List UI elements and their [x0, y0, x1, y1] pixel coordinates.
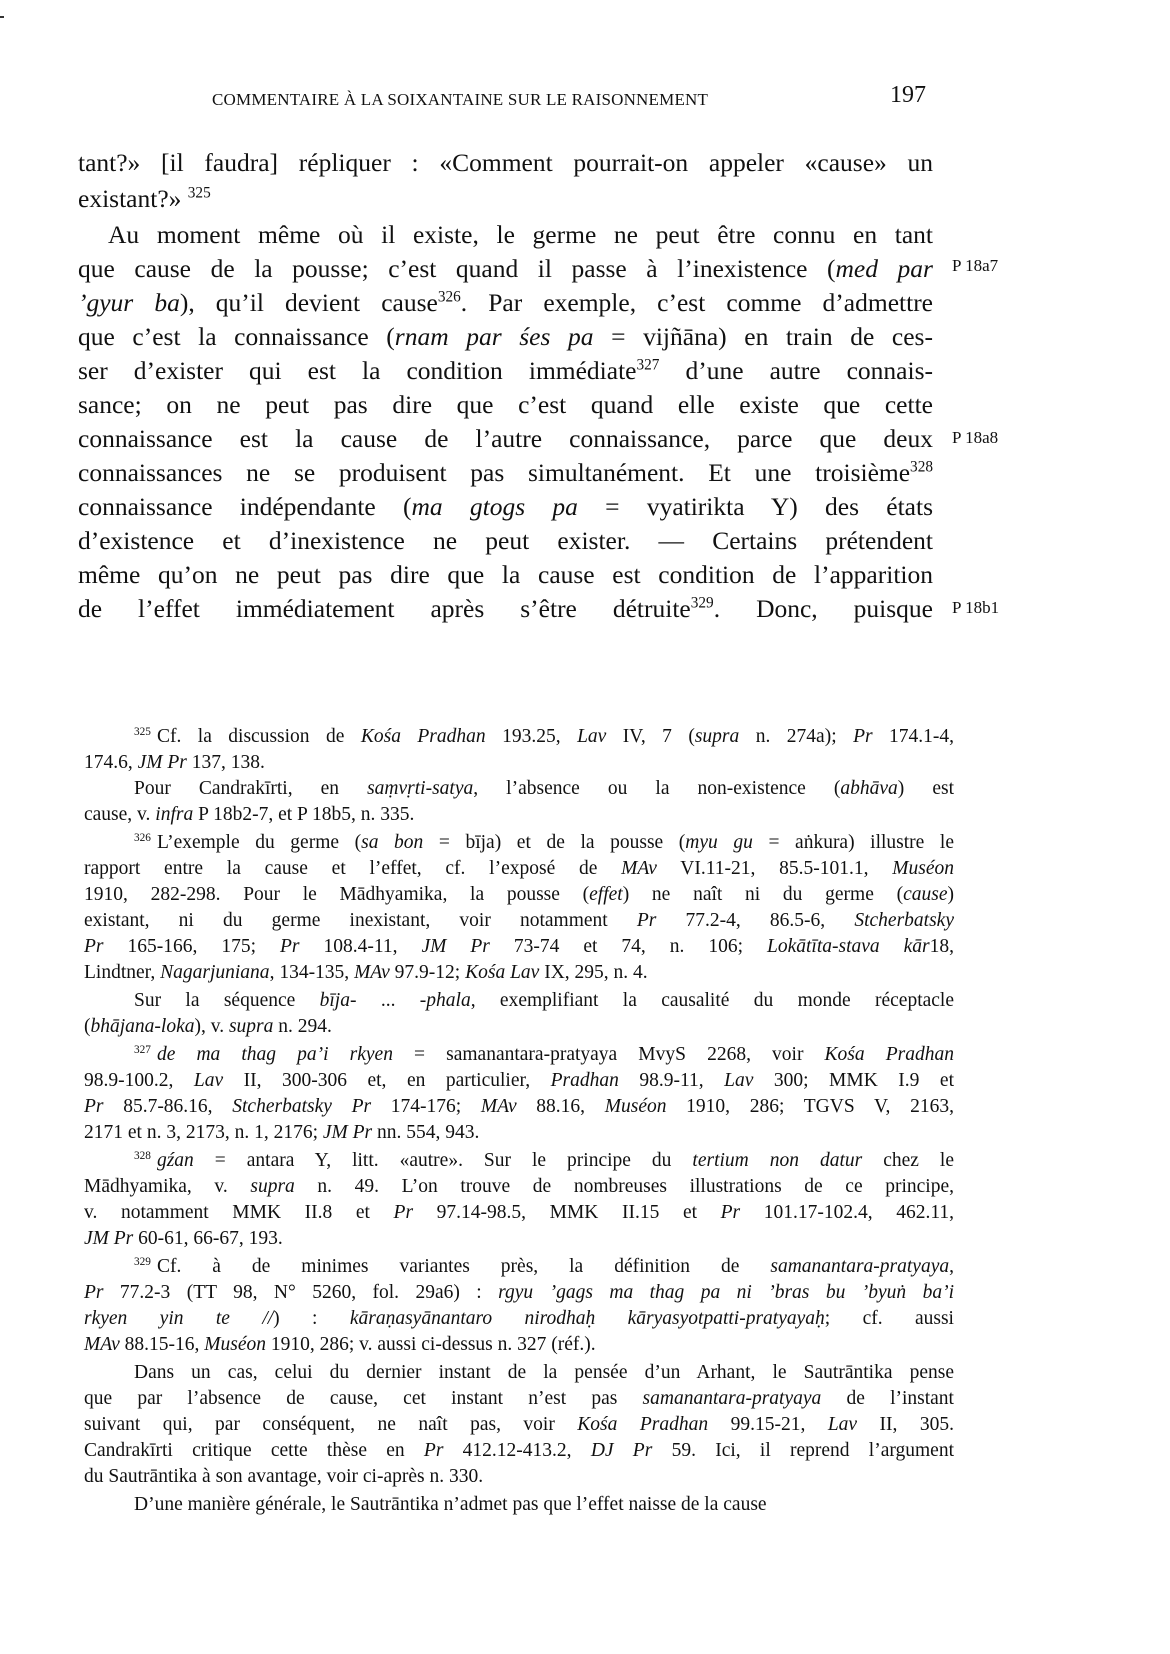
italic-term: Pr [721, 1202, 741, 1223]
text-run: ), qu’il devient cause [180, 288, 438, 317]
footnote-number: 327 [134, 1044, 151, 1056]
italic-term: Kośa Pradhan [825, 1044, 954, 1065]
text-run: 73-74 et 74, n. 106; [490, 936, 767, 957]
italic-term: gźan [157, 1150, 194, 1171]
italic-term: abhāva [840, 778, 897, 799]
text-run: 137, 138. [187, 752, 265, 773]
italic-term: Stcherbatsky [854, 910, 954, 931]
body-text-line: ’gyur ba), qu’il devient cause326. Par e… [78, 288, 933, 318]
text-run: , l’absence ou la non-existence ( [473, 778, 840, 799]
footnote-number: 326 [134, 832, 151, 844]
text-run: ) est [898, 778, 954, 799]
footnote-line: Pr 77.2-3 (TT 98, N° 5260, fol. 29a6) : … [84, 1282, 954, 1304]
italic-term: supra [695, 726, 739, 747]
text-run: du Sautrāntika à son avantage, voir ci-a… [84, 1466, 483, 1487]
footnote-line: Pour Candrakīrti, en saṃvṛti-satya, l’ab… [84, 778, 954, 800]
text-run: = vyatirikta Y) des états [578, 492, 933, 521]
footnote-reference: 325 [188, 185, 211, 202]
italic-term: Pr [853, 726, 873, 747]
footnote-line: du Sautrāntika à son avantage, voir ci-a… [84, 1466, 954, 1488]
body-text-line: de l’effet immédiatement après s’être dé… [78, 594, 933, 624]
text-run: tant?» [il faudra] répliquer : «Comment … [78, 148, 933, 177]
footnote-line: JM Pr 60-61, 66-67, 193. [84, 1228, 954, 1250]
text-run: Candrakīrti critique cette thèse en [84, 1440, 424, 1461]
italic-term: samanantara-pratyaya [770, 1256, 949, 1277]
footnote-reference: 328 [910, 459, 933, 476]
footnote-line: rapport entre la cause et l’effet, cf. l… [84, 858, 954, 880]
footnote-line: 329Cf. à de minimes variantes près, la d… [84, 1256, 954, 1278]
text-run: 174.6, [84, 752, 138, 773]
footnote-number: 329 [134, 1256, 151, 1268]
text-run: , 134-135, [270, 962, 355, 983]
text-run: . Donc, puisque [714, 594, 933, 623]
running-header-title: COMMENTAIRE À LA SOIXANTAINE SUR LE RAIS… [212, 90, 708, 110]
italic-term: MAv [481, 1096, 517, 1117]
italic-term: Stcherbatsky Pr [232, 1096, 371, 1117]
text-run: = vijñāna) en train de ces- [594, 322, 933, 351]
page-number: 197 [890, 82, 926, 109]
text-run: 174-176; [371, 1096, 481, 1117]
footnote-line: Sur la séquence bīja- ... -phala, exempl… [84, 990, 954, 1012]
italic-term: -phala [420, 990, 471, 1011]
text-run: n. 49. L’on trouve de nombreuses illustr… [295, 1176, 954, 1197]
italic-term: sa bon [361, 832, 423, 853]
text-run: v. notamment MMK II.8 et [84, 1202, 394, 1223]
text-run: de l’instant [821, 1388, 954, 1409]
text-run: que cause de la pousse; c’est quand il p… [78, 254, 836, 283]
footnote-line: MAv 88.15-16, Muséon 1910, 286; v. aussi… [84, 1334, 954, 1356]
italic-term: supra [229, 1016, 273, 1037]
italic-term: Muséon [892, 858, 954, 879]
text-run: 193.25, [486, 726, 577, 747]
footnote-line: v. notamment MMK II.8 et Pr 97.14-98.5, … [84, 1202, 954, 1224]
text-run: Lindtner, [84, 962, 160, 983]
body-text-line: connaissance indépendante (ma gtogs pa =… [78, 492, 933, 522]
text-run: 88.15-16, [120, 1334, 205, 1355]
italic-term: kāraṇasyānantaro nirodhaḥ kāryasyotpatti… [350, 1308, 825, 1329]
italic-term: Lokātīta-stava kār [767, 936, 930, 957]
text-run: 98.9-11, [619, 1070, 724, 1091]
text-run: existant?» [78, 184, 188, 213]
footnote-line: que par l’absence de cause, cet instant … [84, 1388, 954, 1410]
italic-term: de ma thag pa’i rkyen [157, 1044, 393, 1065]
italic-term: Kośa Pradhan [361, 726, 486, 747]
text-run: ) ne naît ni du germe ( [623, 884, 903, 905]
italic-term: samanantara-pratyaya [643, 1388, 822, 1409]
italic-term: Muséon [204, 1334, 266, 1355]
text-run: 2171 et n. 3, 2173, n. 1, 2176; [84, 1122, 323, 1143]
italic-term: infra [155, 804, 193, 825]
text-run: 60-61, 66-67, 193. [133, 1228, 283, 1249]
italic-term: rgyu ’gags ma thag pa ni ’bras bu ’byuṅ … [498, 1282, 954, 1303]
text-run: ) [948, 884, 955, 905]
italic-term: ma gtogs pa [411, 492, 577, 521]
margin-folio-reference: P 18a7 [952, 256, 998, 276]
text-run: 88.16, [517, 1096, 605, 1117]
italic-term: effet [589, 884, 623, 905]
body-text-line: existant?» 325 [78, 184, 933, 214]
text-run: 85.7-86.16, [104, 1096, 233, 1117]
italic-term: med par [836, 254, 933, 283]
italic-term: Pr [394, 1202, 414, 1223]
text-run: = aṅkura) illustre le [753, 832, 954, 853]
margin-folio-reference: P 18b1 [952, 598, 999, 618]
text-run: même qu’on ne peut pas dire que la cause… [78, 560, 933, 589]
body-text-line: tant?» [il faudra] répliquer : «Comment … [78, 148, 933, 178]
text-run: VI.11-21, 85.5-101.1, [657, 858, 892, 879]
italic-term: Pr [84, 1282, 104, 1303]
text-run: L’exemple du germe ( [157, 832, 361, 853]
text-run: 108.4-11, [299, 936, 421, 957]
footnote-line: Pr 85.7-86.16, Stcherbatsky Pr 174-176; … [84, 1096, 954, 1118]
italic-term: Pr [84, 1096, 104, 1117]
italic-term: tertium non datur [692, 1150, 862, 1171]
text-run: Mādhyamika, v. [84, 1176, 250, 1197]
text-run: connaissance est la cause de l’autre con… [78, 424, 933, 453]
footnote-line: 325Cf. la discussion de Kośa Pradhan 193… [84, 726, 954, 748]
italic-term: DJ Pr [591, 1440, 653, 1461]
text-run: sance; on ne peut pas dire que c’est qua… [78, 390, 933, 419]
italic-term: bhājana-loka [91, 1016, 195, 1037]
text-run: Au moment même où il existe, le germe ne… [108, 220, 933, 249]
text-run: d’existence et d’inexistence ne peut exi… [78, 526, 933, 555]
text-run: Pour Candrakīrti, en [134, 778, 367, 799]
margin-folio-reference: P 18a8 [952, 428, 998, 448]
text-run: 18, [930, 936, 954, 957]
footnote-number: 325 [134, 726, 151, 738]
text-run: P 18b2-7, et P 18b5, n. 335. [193, 804, 414, 825]
text-run: Cf. à de minimes variantes près, la défi… [157, 1256, 770, 1277]
text-run: 1910, 282-298. Pour le Mādhyamika, la po… [84, 884, 589, 905]
footnote-line: 328gźan = antara Y, litt. «autre». Sur l… [84, 1150, 954, 1172]
italic-term: Nagarjuniana [160, 962, 269, 983]
footnote-line: cause, v. infra P 18b2-7, et P 18b5, n. … [84, 804, 954, 826]
footnote-line: (bhājana-loka), v. supra n. 294. [84, 1016, 954, 1038]
footnote-line: 174.6, JM Pr 137, 138. [84, 752, 954, 774]
text-run: 174.1-4, [873, 726, 954, 747]
text-run: 77.2-3 (TT 98, N° 5260, fol. 29a6) : [104, 1282, 499, 1303]
footnote-line: 98.9-100.2, Lav II, 300-306 et, en parti… [84, 1070, 954, 1092]
footnote-line: 1910, 282-298. Pour le Mādhyamika, la po… [84, 884, 954, 906]
text-run: 59. Ici, il reprend l’argument [652, 1440, 954, 1461]
footnote-line: D’une manière générale, le Sautrāntika n… [84, 1494, 954, 1516]
italic-term: cause [903, 884, 947, 905]
text-run: n. 274a); [739, 726, 853, 747]
text-run: n. 294. [273, 1016, 332, 1037]
footnote-line: existant, ni du germe inexistant, voir n… [84, 910, 954, 932]
italic-term: Pr [280, 936, 300, 957]
text-run: nn. 554, 943. [372, 1122, 479, 1143]
italic-term: Pr [84, 936, 104, 957]
text-run: IV, 7 ( [606, 726, 695, 747]
text-run: que c’est la connaissance ( [78, 322, 395, 351]
text-run: rapport entre la cause et l’effet, cf. l… [84, 858, 621, 879]
italic-term: JM Pr [138, 752, 187, 773]
italic-term: Pr [424, 1440, 444, 1461]
text-run: Cf. la discussion de [157, 726, 361, 747]
body-text-line: connaissance est la cause de l’autre con… [78, 424, 933, 454]
text-run: connaissances ne se produisent pas simul… [78, 458, 910, 487]
italic-term: supra [250, 1176, 294, 1197]
footnote-reference: 329 [691, 595, 714, 612]
italic-term: MAv [84, 1334, 120, 1355]
body-text-line: même qu’on ne peut pas dire que la cause… [78, 560, 933, 590]
footnote-reference: 327 [636, 357, 659, 374]
text-run: IX, 295, n. 4. [539, 962, 647, 983]
text-run: , [949, 1256, 954, 1277]
italic-term: myu gu [685, 832, 753, 853]
italic-term: bīja- [320, 990, 357, 1011]
italic-term: JM Pr [84, 1228, 133, 1249]
text-run: 98.9-100.2, [84, 1070, 194, 1091]
body-text-line: Au moment même où il existe, le germe ne… [78, 220, 933, 250]
italic-term: MAv [354, 962, 390, 983]
text-run: 1910, 286; TGVS V, 2163, [666, 1096, 954, 1117]
italic-term: Lav [724, 1070, 753, 1091]
body-text-line: connaissances ne se produisent pas simul… [78, 458, 933, 488]
text-run: ser d’exister qui est la condition imméd… [78, 356, 636, 385]
text-run: ), v. [194, 1016, 228, 1037]
text-run: d’une autre connais- [659, 356, 933, 385]
text-run: 101.17-102.4, 462.11, [740, 1202, 954, 1223]
italic-term: MAv [621, 858, 657, 879]
text-run: II, 305. [857, 1414, 954, 1435]
text-run: existant, ni du germe inexistant, voir n… [84, 910, 637, 931]
italic-term: rnam par śes pa [395, 322, 594, 351]
italic-term: Pradhan [551, 1070, 619, 1091]
scan-mark [0, 16, 4, 18]
text-run: 412.12-413.2, [443, 1440, 590, 1461]
body-text-line: que cause de la pousse; c’est quand il p… [78, 254, 933, 284]
text-run: ; cf. aussi [825, 1308, 954, 1329]
italic-term: saṃvṛti-satya [367, 778, 473, 799]
footnote-line: 327de ma thag pa’i rkyen = samanantara-p… [84, 1044, 954, 1066]
italic-term: JM Pr [323, 1122, 372, 1143]
text-run: = antara Y, litt. «autre». Sur le princi… [194, 1150, 693, 1171]
text-run: 1910, 286; v. aussi ci-dessus n. 327 (ré… [266, 1334, 596, 1355]
text-run: connaissance indépendante ( [78, 492, 411, 521]
footnote-number: 328 [134, 1150, 151, 1162]
text-run: . Par exemple, c’est comme d’admettre [461, 288, 933, 317]
text-run: , exemplifiant la causalité du monde réc… [471, 990, 954, 1011]
italic-term: Muséon [605, 1096, 667, 1117]
text-run: ... [356, 990, 419, 1011]
italic-term: Kośa Lav [465, 962, 539, 983]
footnote-line: Pr 165-166, 175; Pr 108.4-11, JM Pr 73-7… [84, 936, 954, 958]
text-run: de l’effet immédiatement après s’être dé… [78, 594, 691, 623]
footnote-line: Lindtner, Nagarjuniana, 134-135, MAv 97.… [84, 962, 954, 984]
italic-term: Pr [637, 910, 657, 931]
text-run: 99.15-21, [708, 1414, 828, 1435]
text-run: = bīja) et de la pousse ( [423, 832, 685, 853]
footnote-line: Dans un cas, celui du dernier instant de… [84, 1362, 954, 1384]
text-run: 97.14-98.5, MMK II.15 et [413, 1202, 721, 1223]
document-page: COMMENTAIRE À LA SOIXANTAINE SUR LE RAIS… [0, 0, 1170, 1654]
footnote-line: 2171 et n. 3, 2173, n. 1, 2176; JM Pr nn… [84, 1122, 954, 1144]
footnote-line: suivant qui, par conséquent, ne naît pas… [84, 1414, 954, 1436]
text-run: chez le [862, 1150, 954, 1171]
italic-term: Kośa Pradhan [577, 1414, 708, 1435]
text-run: que par l’absence de cause, cet instant … [84, 1388, 643, 1409]
text-run: Sur la séquence [134, 990, 320, 1011]
footnote-line: rkyen yin te //) : kāraṇasyānantaro niro… [84, 1308, 954, 1330]
text-run: = samanantara-pratyaya MvyS 2268, voir [393, 1044, 825, 1065]
text-run: 300; MMK I.9 et [753, 1070, 954, 1091]
text-run: suivant qui, par conséquent, ne naît pas… [84, 1414, 577, 1435]
body-text-line: sance; on ne peut pas dire que c’est qua… [78, 390, 933, 420]
italic-term: JM Pr [421, 936, 489, 957]
text-run: ) : [273, 1308, 350, 1329]
italic-term: rkyen yin te // [84, 1308, 273, 1329]
text-run: 77.2-4, 86.5-6, [656, 910, 854, 931]
text-run: II, 300-306 et, en particulier, [223, 1070, 550, 1091]
body-text-line: d’existence et d’inexistence ne peut exi… [78, 526, 933, 556]
footnote-reference: 326 [438, 289, 461, 306]
footnote-line: Mādhyamika, v. supra n. 49. L’on trouve … [84, 1176, 954, 1198]
text-run: 97.9-12; [390, 962, 465, 983]
body-text-line: que c’est la connaissance (rnam par śes … [78, 322, 933, 352]
body-text-line: ser d’exister qui est la condition imméd… [78, 356, 933, 386]
italic-term: ’gyur ba [78, 288, 180, 317]
italic-term: Lav [577, 726, 606, 747]
footnote-line: Candrakīrti critique cette thèse en Pr 4… [84, 1440, 954, 1462]
italic-term: Lav [194, 1070, 223, 1091]
text-run: Dans un cas, celui du dernier instant de… [134, 1362, 954, 1383]
text-run: cause, v. [84, 804, 155, 825]
italic-term: Lav [828, 1414, 857, 1435]
text-run: D’une manière générale, le Sautrāntika n… [134, 1494, 767, 1515]
footnote-line: 326L’exemple du germe (sa bon = bīja) et… [84, 832, 954, 854]
text-run: 165-166, 175; [104, 936, 280, 957]
